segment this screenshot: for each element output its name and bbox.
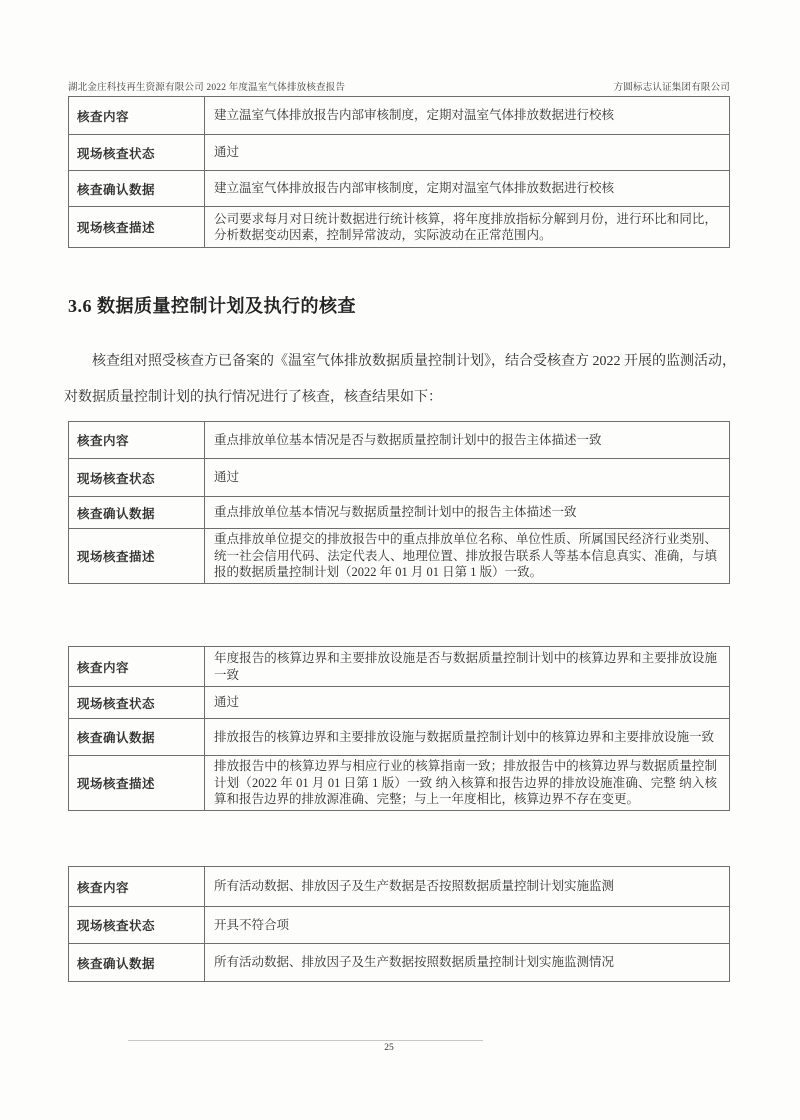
header-report-title: 湖北金庄科技再生资源有限公司 2022 年度温室气体排放核查报告 — [68, 79, 345, 93]
row-label: 核查确认数据 — [69, 171, 205, 207]
row-content: 重点排放单位基本情况是否与数据质量控制计划中的报告主体描述一致 — [205, 422, 730, 459]
row-label: 核查确认数据 — [69, 944, 205, 982]
table-row: 核查确认数据 建立温室气体排放报告内部审核制度，定期对温室气体排放数据进行校核 — [69, 171, 730, 207]
row-label: 现场核查状态 — [69, 135, 205, 171]
table-row: 核查内容 建立温室气体排放报告内部审核制度，定期对温室气体排放数据进行校核 — [69, 97, 730, 135]
table-row: 现场核查描述 排放报告中的核算边界与相应行业的核算指南一致；排放报告中的核算边界… — [69, 756, 730, 811]
row-content: 通过 — [205, 687, 730, 719]
row-label: 核查确认数据 — [69, 497, 205, 529]
row-label: 核查内容 — [69, 647, 205, 687]
table-row: 核查确认数据 所有活动数据、排放因子及生产数据按照数据质量控制计划实施监测情况 — [69, 944, 730, 982]
row-label: 核查确认数据 — [69, 719, 205, 756]
table-row: 现场核查状态 通过 — [69, 687, 730, 719]
header-organization-name: 方圆标志认证集团有限公司 — [614, 79, 730, 93]
table-row: 核查确认数据 重点排放单位基本情况与数据质量控制计划中的报告主体描述一致 — [69, 497, 730, 529]
row-content: 排放报告的核算边界和主要排放设施与数据质量控制计划中的核算边界和主要排放设施一致 — [205, 719, 730, 756]
intro-paragraph: 核查组对照受核查方已备案的《温室气体排放数据质量控制计划》，结合受核查方 202… — [64, 344, 736, 416]
row-content: 排放报告中的核算边界与相应行业的核算指南一致；排放报告中的核算边界与数据质量控制… — [205, 756, 730, 811]
table-row: 核查内容 年度报告的核算边界和主要排放设施是否与数据质量控制计划中的核算边界和主… — [69, 647, 730, 687]
row-label: 核查内容 — [69, 97, 205, 135]
row-content: 通过 — [205, 459, 730, 497]
verification-table-report-subject: 核查内容 重点排放单位基本情况是否与数据质量控制计划中的报告主体描述一致 现场核… — [68, 421, 730, 584]
row-content: 重点排放单位基本情况与数据质量控制计划中的报告主体描述一致 — [205, 497, 730, 529]
row-content: 年度报告的核算边界和主要排放设施是否与数据质量控制计划中的核算边界和主要排放设施… — [205, 647, 730, 687]
verification-table-monitoring: 核查内容 所有活动数据、排放因子及生产数据是否按照数据质量控制计划实施监测 现场… — [68, 866, 730, 982]
row-label: 现场核查状态 — [69, 687, 205, 719]
row-content: 通过 — [205, 135, 730, 171]
row-label: 现场核查描述 — [69, 756, 205, 811]
table-row: 核查确认数据 排放报告的核算边界和主要排放设施与数据质量控制计划中的核算边界和主… — [69, 719, 730, 756]
row-label: 现场核查状态 — [69, 459, 205, 497]
row-label: 现场核查描述 — [69, 207, 205, 248]
table-row: 现场核查描述 公司要求每月对日统计数据进行统计核算，将年度排放指标分解到月份，进… — [69, 207, 730, 248]
row-content: 公司要求每月对日统计数据进行统计核算，将年度排放指标分解到月份，进行环比和同比，… — [205, 207, 730, 248]
verification-table-accounting-boundary: 核查内容 年度报告的核算边界和主要排放设施是否与数据质量控制计划中的核算边界和主… — [68, 646, 730, 811]
row-content: 重点排放单位提交的排放报告中的重点排放单位名称、单位性质、所属国民经济行业类别、… — [205, 529, 730, 584]
report-page: 湖北金庄科技再生资源有限公司 2022 年度温室气体排放核查报告 方圆标志认证集… — [0, 0, 800, 1120]
row-content: 建立温室气体排放报告内部审核制度，定期对温室气体排放数据进行校核 — [205, 171, 730, 207]
row-content: 所有活动数据、排放因子及生产数据按照数据质量控制计划实施监测情况 — [205, 944, 730, 982]
table-row: 现场核查状态 通过 — [69, 459, 730, 497]
section-heading: 3.6 数据质量控制计划及执行的核查 — [68, 292, 356, 318]
row-content: 建立温室气体排放报告内部审核制度，定期对温室气体排放数据进行校核 — [205, 97, 730, 135]
row-content: 开具不符合项 — [205, 907, 730, 944]
page-number: 25 — [0, 1043, 778, 1053]
row-label: 核查内容 — [69, 422, 205, 459]
row-label: 核查内容 — [69, 867, 205, 907]
table-row: 现场核查状态 通过 — [69, 135, 730, 171]
row-label: 现场核查描述 — [69, 529, 205, 584]
table-row: 现场核查描述 重点排放单位提交的排放报告中的重点排放单位名称、单位性质、所属国民… — [69, 529, 730, 584]
table-row: 现场核查状态 开具不符合项 — [69, 907, 730, 944]
row-label: 现场核查状态 — [69, 907, 205, 944]
verification-table-internal-audit: 核查内容 建立温室气体排放报告内部审核制度，定期对温室气体排放数据进行校核 现场… — [68, 96, 730, 248]
table-row: 核查内容 所有活动数据、排放因子及生产数据是否按照数据质量控制计划实施监测 — [69, 867, 730, 907]
footer-divider — [128, 1040, 483, 1041]
table-row: 核查内容 重点排放单位基本情况是否与数据质量控制计划中的报告主体描述一致 — [69, 422, 730, 459]
row-content: 所有活动数据、排放因子及生产数据是否按照数据质量控制计划实施监测 — [205, 867, 730, 907]
